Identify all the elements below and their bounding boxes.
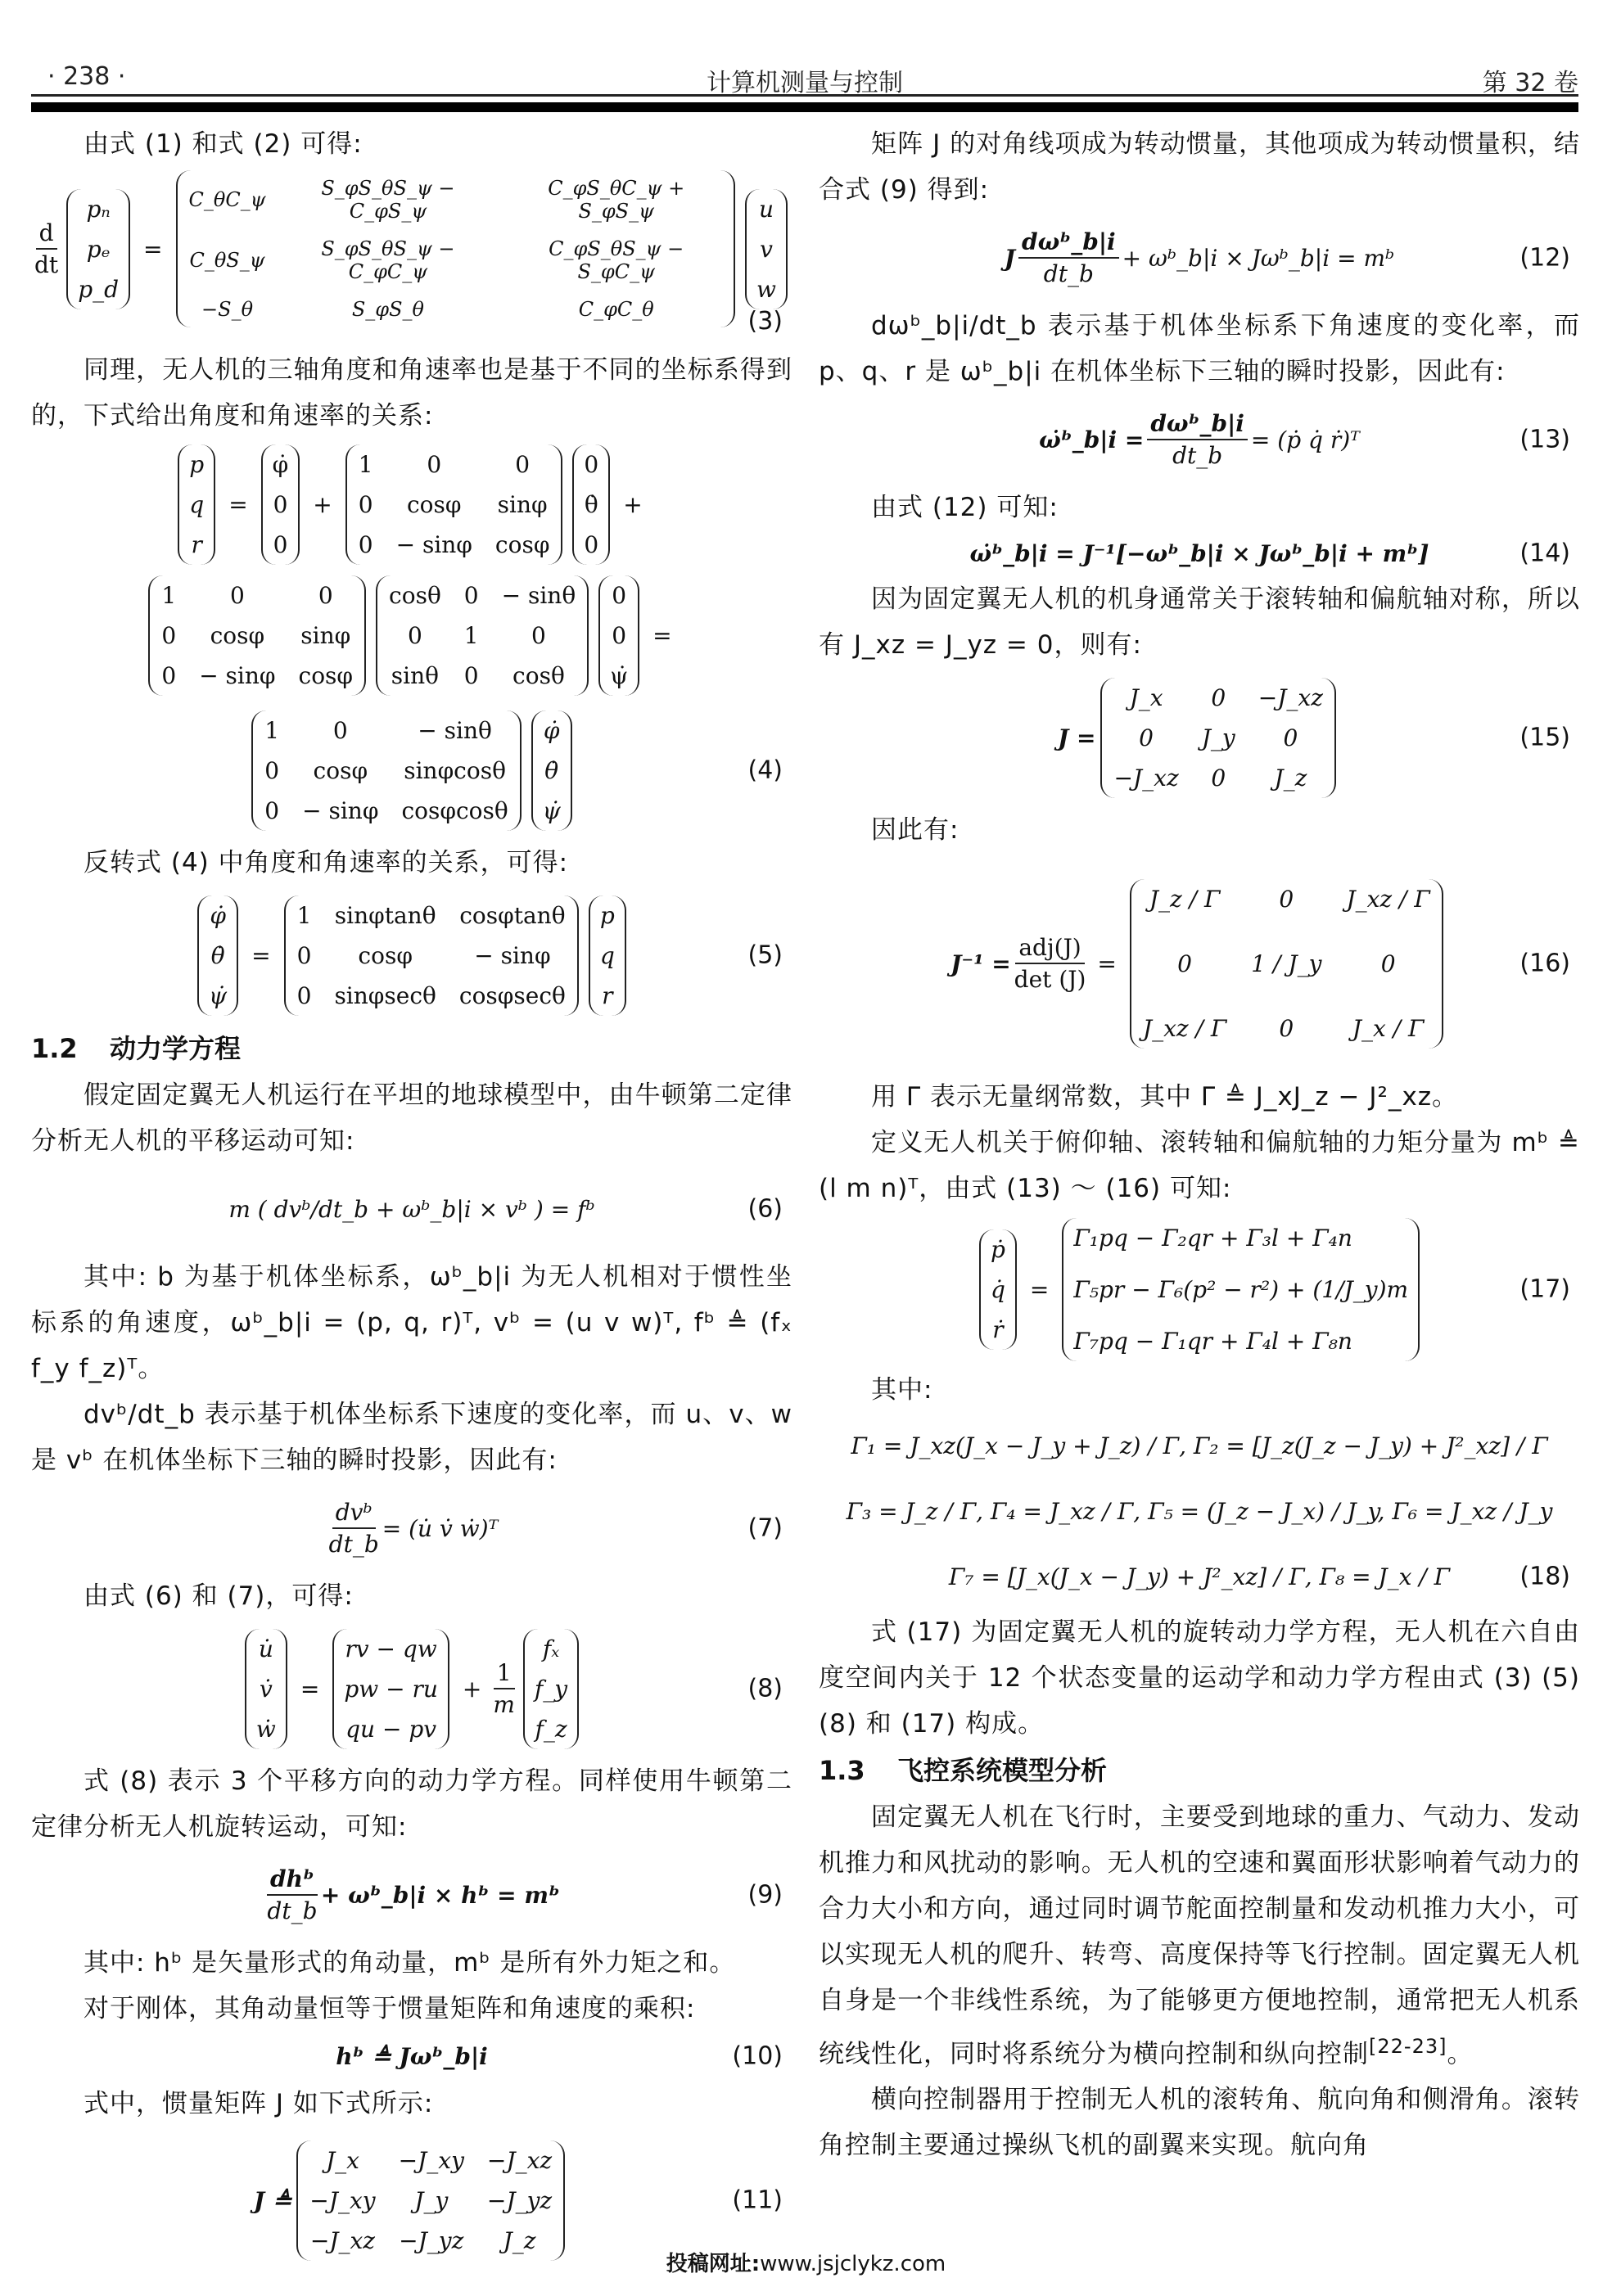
equation-12: J dωᵇ_b|idt_b + ωᵇ_b|i × Jωᵇ_b|i = mᵇ (1… [819,213,1580,303]
vec-entry: pₑ [78,236,119,263]
equation-number: (4) [748,756,783,785]
paragraph: 定义无人机关于俯仰轴、滚转轴和偏航轴的力矩分量为 mᵇ ≜ (l m n)ᵀ，由… [819,1120,1580,1211]
equation-rhs: = (u̇ v̇ ẇ)ᵀ [382,1515,499,1542]
vec-entry: p_d [78,276,119,303]
equation-4-line3: 10− sinθ 0cosφsinφcosθ 0− sinφcosφcosθ φ… [31,701,792,840]
paragraph: 因为固定翼无人机的机身通常关于滚转轴和偏航轴对称，所以有 J_xz = J_yz… [819,576,1580,668]
mat-entry: cosφ [302,757,378,784]
mat-entry: 0 [264,757,279,784]
mat-entry: 0 [297,942,312,969]
frac-den: m [493,1689,515,1718]
equation-number: (8) [748,1675,783,1703]
mat-entry: S_φS_θS_ψ − C_φC_ψ [284,237,493,283]
section-number: 1.2 [31,1025,110,1072]
mat-entry: −J_xy [309,2187,375,2214]
paragraph: 矩阵 J 的对角线项成为转动惯量，其他项成为转动惯量积，结合式 (9) 得到: [819,121,1580,213]
mat-entry: 0 [302,717,378,744]
mat-entry: cosφ [299,662,354,689]
mat-entry: J_x [1113,684,1178,711]
vec-entry: u [756,196,776,223]
mat-entry: 0 [1202,684,1235,711]
equation-15: J = J_x0−J_xz 0J_y0 −J_xz0J_z (15) [819,668,1580,807]
mat-entry: C_φC_θ [510,298,722,321]
mat-entry: cosφsecθ [459,982,566,1009]
paragraph: 反转式 (4) 中角度和角速率的关系，可得: [31,840,792,886]
vec-entry: fₓ [535,1635,567,1662]
equation-rhs: + ωᵇ_b|i × Jωᵇ_b|i = mᵇ [1122,245,1395,272]
mat-entry: 0 [495,451,550,478]
equation-17: ṗ q̇ ṙ = Γ₁pq − Γ₂qr + Γ₃l + Γ₄n Γ₅pr − … [819,1211,1580,1367]
mat-entry: 1 [359,451,373,478]
frac-den: det (J) [1014,964,1086,993]
paragraph: dωᵇ_b|i/dt_b 表示基于机体坐标系下角速度的变化率，而 p、q、r 是… [819,303,1580,395]
equation-body: Γ₃ = J_z / Γ, Γ₄ = J_xz / Γ, Γ₅ = (J_z −… [847,1498,1553,1525]
section-number: 1.3 [819,1747,897,1794]
mat-entry: −J_xz [1113,765,1178,792]
vec-entry: q̇ [991,1276,1005,1303]
vec-entry: Γ₅pr − Γ₆(p² − r²) + (1/J_y)m [1073,1276,1408,1303]
mat-entry: J_y [399,2187,464,2214]
vec-entry: rv − qw [344,1635,438,1662]
vec-entry: ṗ [991,1236,1005,1263]
footer-label: 投稿网址: [666,2252,760,2276]
section-heading-1-3: 1.3飞控系统模型分析 [819,1747,1580,1794]
mat-entry: − sinθ [502,582,576,609]
equation-number: (16) [1519,950,1570,978]
paragraph: 由式 (1) 和式 (2) 可得: [31,121,792,167]
vec-entry: v̇ [256,1676,276,1703]
paragraph: 其中: b 为基于机体坐标系，ωᵇ_b|i 为无人机相对于惯性坐标系的角速度，ω… [31,1254,792,1392]
mat-entry: 0 [1113,724,1178,751]
header-rule-thin [31,94,1578,97]
equation-number: (10) [732,2042,783,2071]
equation-18-line1: Γ₁ = J_xz(J_x − J_y + J_z) / Γ, Γ₂ = [J_… [819,1413,1580,1478]
equation-number: (17) [1519,1275,1570,1304]
vec-entry: θ̇ [584,491,598,518]
paragraph: 固定翼无人机在飞行时，主要受到地球的重力、气动力、发动机推力和风扰动的影响。无人… [819,1794,1580,2077]
equation-body: m ( dvᵇ/dt_b + ωᵇ_b|i × vᵇ ) = fᵇ [228,1196,594,1223]
equation-number: (15) [1519,724,1570,752]
vec-entry: 0 [584,451,598,478]
citation-link[interactable]: [22-23] [1369,2035,1447,2058]
mat-entry: − sinφ [199,662,275,689]
frac-num: dvᵇ [332,1499,376,1529]
mat-entry: 0 [297,982,312,1009]
vec-entry: ψ̇ [209,982,227,1009]
frac-num: 1 [494,1659,515,1689]
coriolis-vector: rv − qw pw − ru qu − pv [332,1629,449,1749]
vec-entry: Γ₁pq − Γ₂qr + Γ₃l + Γ₄n [1073,1225,1408,1252]
paragraph: 假定固定翼无人机运行在平坦的地球模型中，由牛顿第二定律分析无人机的平移运动可知: [31,1072,792,1164]
mat-entry: 0 [464,662,479,689]
vector: φ̇ 0 0 [261,444,300,565]
vec-entry: θ̇ [209,942,227,969]
equation-rhs: = (ṗ q̇ ṙ)ᵀ [1251,426,1360,453]
inertia-matrix: J_x0−J_xz 0J_y0 −J_xz0J_z [1100,678,1336,798]
equation-14: ω̇ᵇ_b|i = J⁻¹[−ωᵇ_b|i × Jωᵇ_b|i + mᵇ] (1… [819,530,1580,576]
mat-entry: 1 [464,622,479,649]
paragraph: 其中: [819,1367,1580,1413]
mat-entry: cosφcosθ [401,797,508,824]
mat-entry: C_θC_ψ [189,188,266,211]
mat-entry: J_z / Γ [1143,886,1226,913]
vec-entry: p [600,902,615,929]
mat-entry: 0 [161,662,176,689]
vec-entry: θ̇ [543,757,561,784]
equation-number: (6) [748,1195,783,1224]
paragraph-text: 固定翼无人机在飞行时，主要受到地球的重力、气动力、发动机推力和风扰动的影响。无人… [819,1802,1580,2068]
angular-rate-vector: p q r [589,895,626,1016]
vec-entry: ṙ [991,1316,1005,1343]
paragraph: 对于刚体，其角动量恒等于惯量矩阵和角速度的乘积: [31,1986,792,2032]
frac-den: dt_b [1044,259,1094,287]
angular-rate-vector: p q r [178,444,215,565]
mat-entry: J_x / Γ [1346,1015,1429,1042]
vec-entry: r [600,982,615,1009]
paragraph: 由式 (6) 和 (7)，可得: [31,1573,792,1619]
equation-10: hᵇ ≜ Jωᵇ_b|i (10) [31,2032,792,2081]
mat-entry: sinφ [495,491,550,518]
mat-entry: 0 [1202,765,1235,792]
inverse-transform-matrix: 1sinφtanθcosφtanθ 0cosφ− sinφ 0sinφsecθc… [284,895,579,1016]
mat-entry: − sinφ [302,797,378,824]
frac-den: dt_b [1172,440,1222,469]
frac-num: dωᵇ_b|i [1018,228,1119,259]
mat-entry: 0 [1143,950,1226,977]
mat-entry: S_φS_θS_ψ − C_φS_ψ [284,177,493,223]
mat-entry: 0 [264,797,279,824]
mat-entry: − sinφ [396,531,472,558]
vec-entry: pₙ [78,196,119,223]
equation-rhs: + ωᵇ_b|i × hᵇ = mᵇ [321,1882,560,1909]
position-vector: pₙ pₑ p_d [66,189,130,309]
equation-number: (11) [732,2186,783,2215]
vec-entry: u̇ [256,1635,276,1662]
rotation-matrix-theta: cosθ0− sinθ 010 sinθ0cosθ [376,575,589,696]
mat-entry: cosφ [396,491,472,518]
rotation-matrix-phi: 100 0cosφsinφ 0− sinφcosφ [148,575,366,696]
vector: 0 θ̇ 0 [572,444,610,565]
frac-num: d [36,219,57,250]
submission-url[interactable]: www.jsjclykz.com [760,2252,946,2276]
frac-den: dt_b [267,1896,317,1924]
page-header: · 238 · 计算机测量与控制 第 32 卷 [31,51,1578,100]
mat-entry: J_y [1202,724,1235,751]
mat-entry: C_φS_θS_ψ − S_φC_ψ [510,237,722,283]
mat-entry: 0 [1251,1015,1321,1042]
transform-matrix: 10− sinθ 0cosφsinφcosθ 0− sinφcosφcosθ [251,710,521,831]
mat-entry: −J_xz [1258,684,1323,711]
vec-entry: φ̇ [273,451,289,478]
equation-5: φ̇ θ̇ ψ̇ = 1sinφtanθcosφtanθ 0cosφ− sinφ… [31,886,792,1025]
equation-body: Γ₇ = [J_x(J_x − J_y) + J²_xz] / Γ, Γ₈ = … [949,1563,1450,1590]
vec-entry: 0 [273,491,289,518]
right-column: 矩阵 J 的对角线项成为转动惯量，其他项成为转动惯量积，结合式 (9) 得到: … [819,115,1580,2145]
vec-entry: p [189,451,204,478]
mat-entry: J_x [309,2147,375,2174]
section-title: 飞控系统模型分析 [897,1755,1107,1786]
section-title: 动力学方程 [110,1033,241,1064]
equation-7: dvᵇdt_b = (u̇ v̇ ẇ)ᵀ (7) [31,1483,792,1573]
page-footer: 投稿网址:www.jsjclykz.com [0,2247,1612,2277]
mat-entry: −J_yz [487,2187,552,2214]
mat-entry: cosθ [389,582,441,609]
equation-lhs: ω̇ᵇ_b|i = [1039,426,1144,453]
vec-entry: ψ̇ [543,797,561,824]
equation-18-line2: Γ₃ = J_z / Γ, Γ₄ = J_xz / Γ, Γ₅ = (J_z −… [819,1478,1580,1544]
paragraph: dvᵇ/dt_b 表示基于机体坐标系下速度的变化率，而 u、v、w 是 vᵇ 在… [31,1392,792,1483]
frac-num: dωᵇ_b|i [1147,410,1248,440]
inertia-matrix: J_x−J_xy−J_xz −J_xyJ_y−J_yz −J_xz−J_yzJ_… [296,2140,565,2261]
vec-entry: φ̇ [543,717,561,744]
paragraph: 同理，无人机的三轴角度和角速率也是基于不同的坐标系得到的，下式给出角度和角速率的… [31,347,792,439]
mat-entry: J_xz / Γ [1143,1015,1226,1042]
equation-lhs: J⁻¹ = [950,950,1011,977]
mat-entry: cosφ [334,942,436,969]
mat-entry: J_xz / Γ [1346,886,1429,913]
frac-den: dt [34,250,58,278]
vec-entry: w [756,276,776,303]
equation-3: ddt pₙ pₑ p_d = C_θC_ψ S_φS_θS_ψ − C_φS_… [31,167,792,331]
equation-18-line3: Γ₇ = [J_x(J_x − J_y) + J²_xz] / Γ, Γ₈ = … [819,1544,1580,1609]
mat-entry: 0 [1258,724,1323,751]
velocity-vector: u v w [745,189,788,309]
equation-body: Γ₁ = J_xz(J_x − J_y + J_z) / Γ, Γ₂ = [J_… [851,1432,1547,1459]
frac-den: dt_b [329,1529,379,1558]
force-vector: fₓ f_y f_z [523,1629,579,1749]
vector: 0 0 ψ̇ [598,575,639,696]
vec-entry: 0 [273,531,289,558]
vec-entry: ψ̇ [610,662,628,689]
equation-lhs: J = [1058,724,1095,751]
mat-entry: 0 [1346,950,1429,977]
mat-entry: 1 [297,902,312,929]
vec-entry: v [756,236,776,263]
mat-entry: J_z [1258,765,1323,792]
mat-entry: 0 [299,582,354,609]
frac-num: dhᵇ [267,1865,318,1896]
vec-entry: Γ₇pq − Γ₁qr + Γ₄l + Γ₈n [1073,1328,1408,1355]
mat-entry: 1 [264,717,279,744]
equation-number: (5) [748,941,783,970]
paragraph: 横向控制器用于控制无人机的滚转角、航向角和侧滑角。滚转角控制主要通过操纵飞机的副… [819,2077,1580,2168]
paragraph: 式中，惯量矩阵 J 如下式所示: [31,2081,792,2127]
mat-entry: 1 [161,582,176,609]
paragraph: 式 (17) 为固定翼无人机的旋转动力学方程，无人机在六自由度空间内关于 12 … [819,1609,1580,1747]
vec-entry: f_z [535,1716,567,1743]
mat-entry: 0 [502,622,576,649]
mat-entry: −J_xz [487,2147,552,2174]
equation-number: (9) [748,1881,783,1910]
mat-entry: 0 [359,531,373,558]
mat-entry: sinφ [299,622,354,649]
equation-body: hᵇ ≜ Jωᵇ_b|i [336,2043,488,2070]
mat-entry: sinφsecθ [334,982,436,1009]
rotation-matrix: C_θC_ψ S_φS_θS_ψ − C_φS_ψ C_φS_θC_ψ + S_… [176,170,736,327]
paragraph: 其中: hᵇ 是矢量形式的角动量，mᵇ 是所有外力矩之和。 [31,1940,792,1986]
journal-title: 计算机测量与控制 [31,62,1578,98]
rotation-matrix-phi: 100 0cosφsinφ 0− sinφcosφ [345,444,563,565]
equation-number: (12) [1519,244,1570,273]
vec-entry: φ̇ [209,902,227,929]
mat-entry: S_φS_θ [284,298,493,321]
equation-number: (18) [1519,1563,1570,1591]
mat-entry: 0 [161,622,176,649]
paragraph: 因此有: [819,807,1580,853]
vec-entry: 0 [610,582,628,609]
equation-13: ω̇ᵇ_b|i = dωᵇ_b|idt_b = (ṗ q̇ ṙ)ᵀ (13) [819,395,1580,485]
vec-entry: 0 [610,622,628,649]
mat-entry: cosθ [502,662,576,689]
vec-entry: 0 [584,531,598,558]
header-rule-thick [31,102,1578,112]
vec-entry: r [189,531,204,558]
vec-entry: q [600,942,615,969]
mat-entry: 0 [464,582,479,609]
mat-entry: C_θS_ψ [189,249,266,272]
mat-entry: cosφ [495,531,550,558]
equation-9: dhᵇdt_b + ωᵇ_b|i × hᵇ = mᵇ (9) [31,1850,792,1940]
mat-entry: 0 [199,582,275,609]
mat-entry: 1 / J_y [1251,950,1321,977]
mat-entry: 0 [1251,886,1321,913]
paragraph: 用 Γ 表示无量纲常数，其中 Γ ≜ J_xJ_z − J²_xz。 [819,1074,1580,1120]
vec-entry: q [189,491,204,518]
equation-lhs: J ≜ [254,2187,291,2214]
paragraph: 由式 (12) 可知: [819,485,1580,530]
equation-number: (14) [1519,539,1570,568]
frac-num: adj(J) [1015,934,1084,964]
mat-entry: cosφ [199,622,275,649]
mat-entry: − sinθ [401,717,508,744]
volume-label: 第 32 卷 [1483,62,1578,98]
equation-4-line2: 100 0cosφsinφ 0− sinφcosφ cosθ0− sinθ 01… [31,570,792,701]
vec-entry: qu − pv [344,1716,438,1743]
equation-16: J⁻¹ = adj(J)det (J) = J_z / Γ0J_xz / Γ 0… [819,853,1580,1074]
mat-entry: −S_θ [189,298,266,321]
inverse-inertia-matrix: J_z / Γ0J_xz / Γ 01 / J_y0 J_xz / Γ0J_x … [1130,879,1443,1049]
mat-entry: C_φS_θC_ψ + S_φS_ψ [510,177,722,223]
equation-6: m ( dvᵇ/dt_b + ωᵇ_b|i × vᵇ ) = fᵇ (6) [31,1164,792,1254]
section-heading-1-2: 1.2动力学方程 [31,1025,792,1072]
vec-entry: ẇ [256,1716,276,1743]
equation-8: u̇ v̇ ẇ = rv − qw pw − ru qu − pv + 1m f… [31,1619,792,1758]
left-column: 由式 (1) 和式 (2) 可得: ddt pₙ pₑ p_d = C_θC_ψ… [31,115,792,2145]
mat-entry: 0 [396,451,472,478]
mat-entry: − sinφ [459,942,566,969]
mat-entry: sinθ [389,662,441,689]
mat-entry: 0 [359,491,373,518]
equation-4-line1: p q r = φ̇ 0 0 + 100 0cosφsinφ 0− sinφco… [31,439,792,570]
rotational-dynamics-vector: Γ₁pq − Γ₂qr + Γ₃l + Γ₄n Γ₅pr − Γ₆(p² − r… [1062,1218,1420,1361]
equation-lhs: J [1005,245,1015,272]
euler-rate-vector: φ̇ θ̇ ψ̇ [531,710,572,831]
paragraph: 式 (8) 表示 3 个平移方向的动力学方程。同样使用牛顿第二定律分析无人机旋转… [31,1758,792,1850]
mat-entry: 0 [389,622,441,649]
vec-entry: pw − ru [344,1676,438,1703]
mat-entry: cosφtanθ [459,902,566,929]
paragraph-text: 。 [1447,2039,1473,2068]
mat-entry: sinφtanθ [334,902,436,929]
equation-number: (7) [748,1514,783,1543]
equation-number: (3) [748,307,783,336]
euler-rate-vector: φ̇ θ̇ ψ̇ [197,895,238,1016]
equation-number: (13) [1519,426,1570,454]
acceleration-vector: u̇ v̇ ẇ [245,1629,287,1749]
mat-entry: −J_xy [399,2147,464,2174]
equation-body: ω̇ᵇ_b|i = J⁻¹[−ωᵇ_b|i × Jωᵇ_b|i + mᵇ] [969,540,1429,567]
angular-accel-vector: ṗ q̇ ṙ [979,1229,1017,1350]
mat-entry: sinφcosθ [401,757,508,784]
vec-entry: f_y [535,1676,567,1703]
